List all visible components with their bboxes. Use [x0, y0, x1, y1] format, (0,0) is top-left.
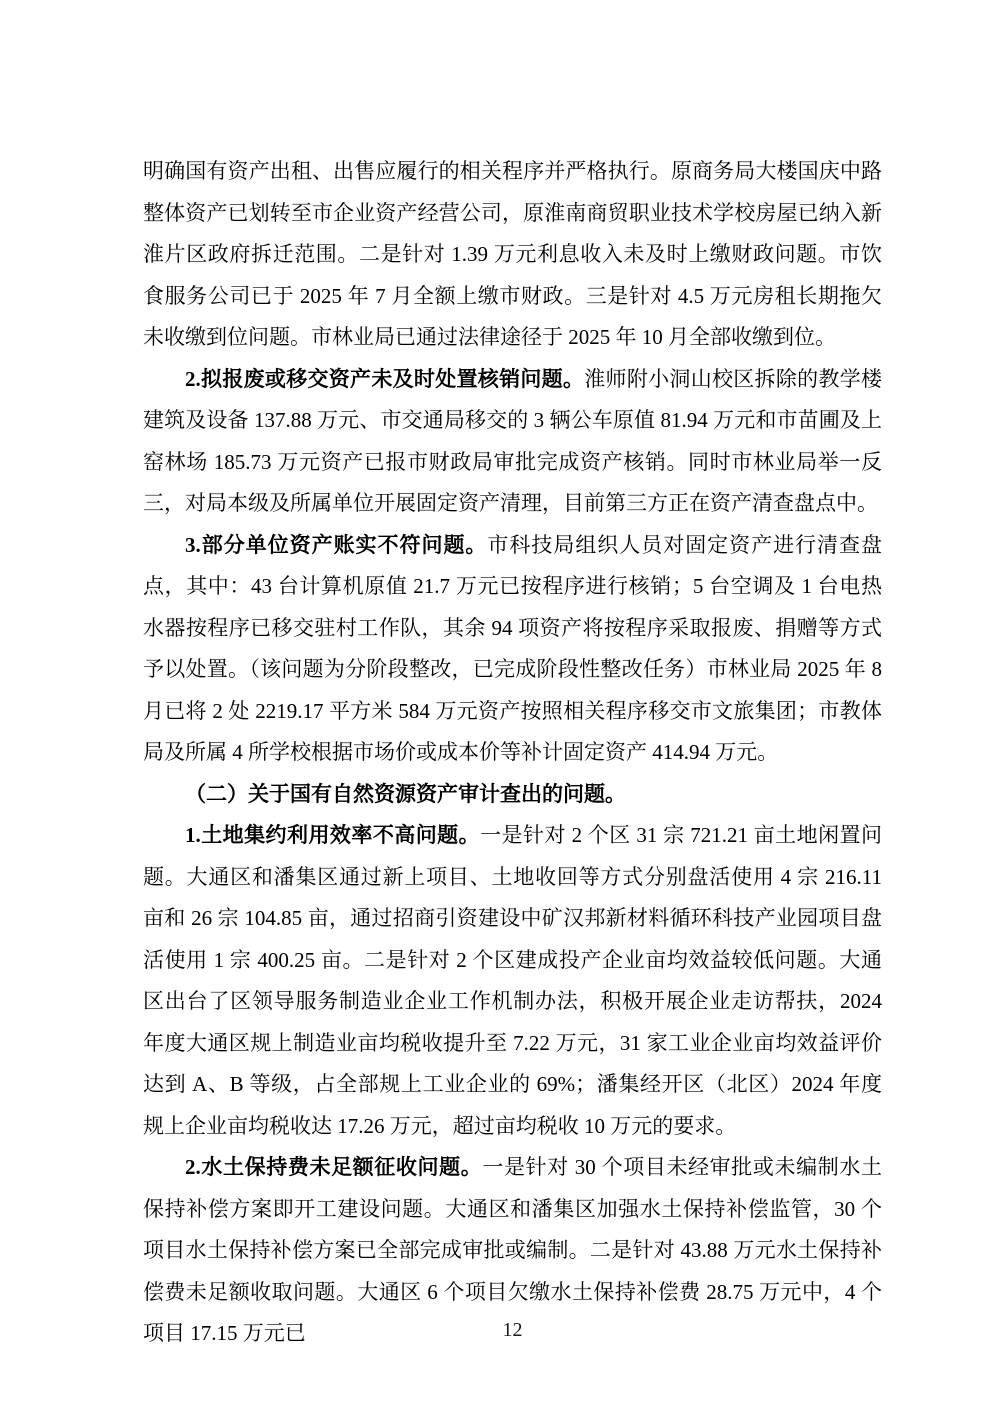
paragraph-lead: 2.水土保持费未足额征收问题。: [185, 1155, 482, 1179]
paragraph-lead: 1.土地集约利用效率不高问题。: [185, 823, 480, 847]
paragraph-text: 市科技局组织人员对固定资产进行清查盘点，其中：43 台计算机原值 21.7 万元…: [143, 533, 882, 765]
paragraph: 3.部分单位资产账实不符问题。市科技局组织人员对固定资产进行清查盘点，其中：43…: [143, 525, 882, 774]
paragraph-text: 一是针对 2 个区 31 宗 721.21 亩土地闲置问题。大通区和潘集区通过新…: [143, 823, 882, 1138]
page-body: 明确国有资产出租、出售应履行的相关程序并严格执行。原商务局大楼国庆中路整体资产已…: [143, 151, 882, 1355]
section-heading: （二）关于国有自然资源资产审计查出的问题。: [143, 774, 882, 816]
paragraph: 1.土地集约利用效率不高问题。一是针对 2 个区 31 宗 721.21 亩土地…: [143, 815, 882, 1147]
page-footer: 12: [143, 1318, 882, 1342]
page-number: 12: [503, 1319, 523, 1341]
paragraph-lead: 2.拟报废或移交资产未及时处置核销问题。: [185, 367, 584, 391]
paragraph: 明确国有资产出租、出售应履行的相关程序并严格执行。原商务局大楼国庆中路整体资产已…: [143, 151, 882, 359]
paragraph: 2.拟报废或移交资产未及时处置核销问题。淮师附小洞山校区拆除的教学楼建筑及设备 …: [143, 359, 882, 525]
paragraph-lead: 3.部分单位资产账实不符问题。: [185, 533, 487, 557]
document-page: 明确国有资产出租、出售应履行的相关程序并严格执行。原商务局大楼国庆中路整体资产已…: [0, 0, 1000, 1415]
paragraph-text: 一是针对 30 个项目未经审批或未编制水土保持补偿方案即开工建设问题。大通区和潘…: [143, 1155, 882, 1345]
paragraph-text: 明确国有资产出租、出售应履行的相关程序并严格执行。原商务局大楼国庆中路整体资产已…: [143, 159, 882, 349]
